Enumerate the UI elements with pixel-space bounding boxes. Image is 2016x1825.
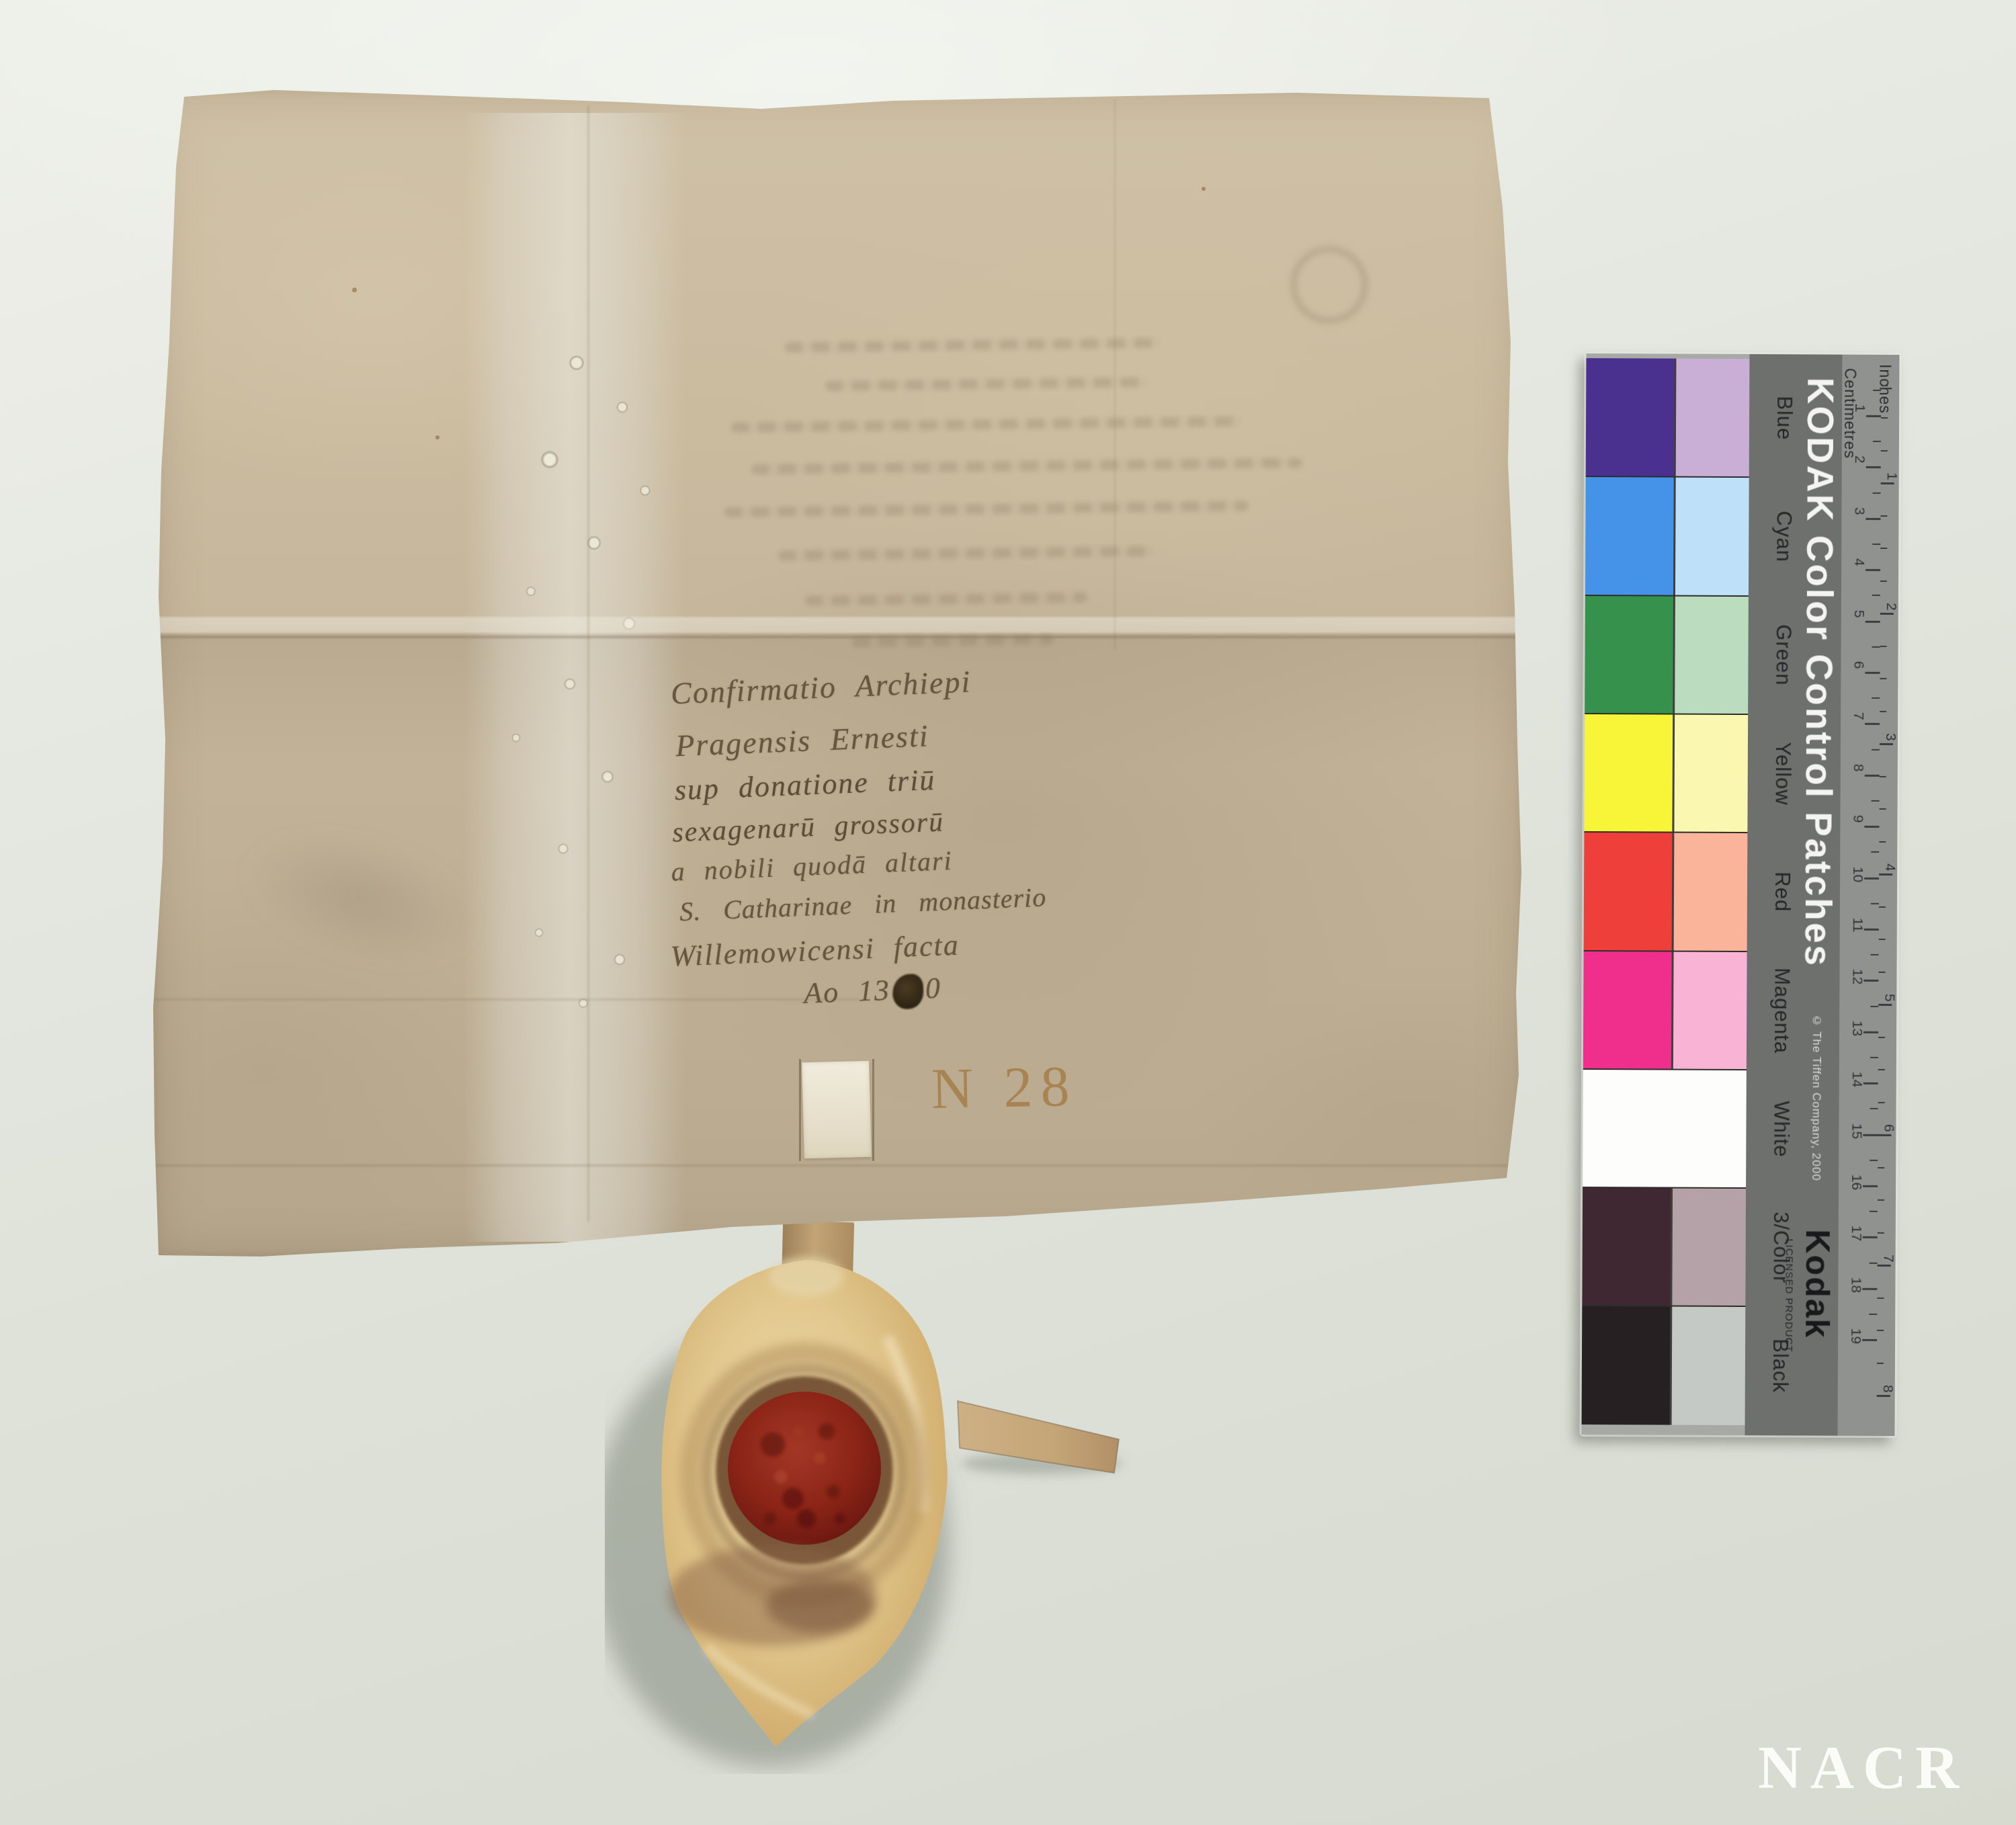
inch-quartertick xyxy=(1880,515,1887,516)
cm-halftick xyxy=(1870,1211,1878,1212)
patch-row-white xyxy=(1583,1069,1747,1188)
cm-number-16: 16 xyxy=(1848,1175,1864,1190)
inch-tick-2 xyxy=(1880,613,1894,615)
cm-halftick xyxy=(1872,749,1880,750)
inch-number-3: 3 xyxy=(1882,733,1898,741)
cm-number-2: 2 xyxy=(1851,456,1867,464)
patch-label-white: White xyxy=(1766,1082,1796,1176)
patch-magenta-tint xyxy=(1673,951,1747,1070)
plica-slit-left xyxy=(799,1059,801,1161)
cm-tick-15 xyxy=(1863,1134,1878,1136)
ghost-line xyxy=(724,501,1249,517)
patch-green-saturated xyxy=(1585,595,1673,714)
inch-quartertick xyxy=(1880,710,1886,712)
kodak-copyright: © The Tiffen Company, 2000 xyxy=(1809,1014,1823,1181)
cm-halftick xyxy=(1873,441,1881,442)
inch-quartertick xyxy=(1878,1232,1884,1233)
kodak-ruler-band: Centimetres Inches 123456789101112131415… xyxy=(1837,355,1899,1436)
inch-quartertick xyxy=(1880,678,1886,679)
kodak-label-band: KODAK Color Control Patches © The Tiffen… xyxy=(1745,354,1842,1436)
patch-row-green xyxy=(1585,595,1749,714)
cm-halftick xyxy=(1871,851,1879,853)
document-number-mark: N 28 xyxy=(931,1052,1078,1122)
kodak-brand: Kodak xyxy=(1798,1229,1837,1339)
cm-tick-17 xyxy=(1863,1236,1878,1238)
inch-quartertick xyxy=(1878,1101,1885,1103)
ghost-line xyxy=(751,458,1302,474)
patch-blue-tint xyxy=(1676,359,1750,478)
patch-label-red: Red xyxy=(1767,845,1798,939)
inch-tick-6 xyxy=(1878,1134,1891,1136)
cm-number-1: 1 xyxy=(1851,405,1867,413)
inch-number-5: 5 xyxy=(1881,994,1897,1002)
inch-number-1: 1 xyxy=(1884,472,1900,480)
inch-quartertick xyxy=(1877,1330,1884,1331)
patch-red-tint xyxy=(1674,833,1748,951)
cm-number-9: 9 xyxy=(1849,815,1865,823)
cm-halftick xyxy=(1872,646,1880,648)
cm-tick-11 xyxy=(1864,929,1879,931)
patch-white xyxy=(1583,1069,1747,1188)
cm-halftick xyxy=(1871,903,1879,904)
inch-quartertick xyxy=(1879,841,1886,842)
cm-halftick xyxy=(1871,954,1879,956)
inch-quartertick xyxy=(1878,1069,1885,1070)
wax-seal xyxy=(605,1230,1142,1774)
inch-quartertick xyxy=(1880,808,1886,810)
inch-number-7: 7 xyxy=(1880,1255,1896,1263)
patch-cyan-tint xyxy=(1675,477,1749,596)
cm-halftick xyxy=(1870,1057,1878,1058)
inch-tick-8 xyxy=(1877,1395,1890,1397)
inch-quartertick xyxy=(1879,906,1886,907)
patch-label-green: Green xyxy=(1768,608,1798,702)
inch-quartertick xyxy=(1880,645,1887,646)
cm-halftick xyxy=(1870,1262,1878,1263)
ghost-ring-mark xyxy=(1290,246,1368,324)
cm-tick-14 xyxy=(1863,1083,1878,1085)
cm-halftick xyxy=(1872,800,1880,802)
ghost-line xyxy=(785,338,1161,353)
inch-tick-3 xyxy=(1880,743,1893,745)
parchment-charter-verso: Confirmatio Archiepi Pragensis Ernesti s… xyxy=(153,86,1524,1259)
patch-label-cyan: Cyan xyxy=(1769,490,1799,584)
cm-tick-19 xyxy=(1862,1339,1877,1341)
patch-label-black: Black xyxy=(1765,1319,1796,1413)
cm-halftick xyxy=(1872,697,1880,699)
cm-number-4: 4 xyxy=(1851,558,1867,566)
plica-fold-line xyxy=(153,1164,1524,1166)
ghost-line xyxy=(825,377,1148,391)
cm-tick-9 xyxy=(1864,826,1879,828)
inch-quartertick xyxy=(1880,548,1887,549)
inch-quartertick xyxy=(1878,1166,1884,1168)
cm-tick-16 xyxy=(1863,1185,1878,1187)
cm-number-17: 17 xyxy=(1848,1226,1864,1241)
cm-number-3: 3 xyxy=(1851,507,1867,515)
ghost-line xyxy=(778,546,1154,561)
bleedthrough-text-ghost xyxy=(704,335,1336,657)
cm-number-13: 13 xyxy=(1849,1021,1865,1036)
patch-row-blue xyxy=(1586,358,1750,477)
cm-number-11: 11 xyxy=(1849,918,1865,933)
archive-watermark: NACR xyxy=(1758,1734,1968,1803)
patch-black-tint xyxy=(1672,1306,1746,1425)
patch-yellow-saturated xyxy=(1584,714,1673,833)
patch-black-saturated xyxy=(1582,1306,1671,1425)
inch-number-6: 6 xyxy=(1880,1124,1896,1132)
cm-halftick xyxy=(1869,1314,1877,1315)
patch-blue-saturated xyxy=(1586,358,1675,477)
ghost-line xyxy=(731,416,1242,432)
cm-halftick xyxy=(1870,1160,1878,1161)
ink-speck xyxy=(352,288,357,292)
inch-quartertick xyxy=(1877,1362,1884,1363)
centimetres-label: Centimetres xyxy=(1841,368,1859,459)
note-line-7: Willemowicensi facta xyxy=(670,928,960,974)
cm-tick-10 xyxy=(1864,877,1879,879)
cm-number-15: 15 xyxy=(1848,1123,1864,1138)
fold-crease-vertical-left xyxy=(587,106,589,1222)
patch-label-magenta: Magenta xyxy=(1767,964,1797,1058)
patch-green-tint xyxy=(1675,595,1749,714)
cm-tick-18 xyxy=(1862,1288,1877,1290)
archival-note: Confirmatio Archiepi Pragensis Ernesti s… xyxy=(670,655,1195,1052)
note-line-4: sexagenarū grossorū xyxy=(672,806,946,849)
inch-quartertick xyxy=(1880,580,1887,581)
ghost-line xyxy=(805,592,1087,605)
ink-speck xyxy=(435,435,439,439)
patch-row-magenta xyxy=(1583,950,1747,1069)
inch-tick-5 xyxy=(1878,1004,1892,1006)
cm-number-14: 14 xyxy=(1849,1072,1865,1087)
kodak-color-control-strip: KODAK Color Control Patches © The Tiffen… xyxy=(1581,353,1899,1436)
note-line-6: S. Catharinae in monasterio xyxy=(679,881,1047,927)
inch-quartertick xyxy=(1878,1036,1885,1037)
inch-tick-4 xyxy=(1879,874,1892,876)
inch-quartertick xyxy=(1879,939,1886,940)
cm-number-8: 8 xyxy=(1850,764,1866,772)
cm-tick-5 xyxy=(1865,620,1880,622)
wax-damage-blotch xyxy=(766,1579,874,1633)
cm-tick-8 xyxy=(1865,775,1880,777)
inch-quartertick xyxy=(1881,384,1888,386)
archival-photo-stage: Confirmatio Archiepi Pragensis Ernesti s… xyxy=(0,0,2016,1825)
inch-quartertick xyxy=(1881,417,1888,419)
note-line-2: Pragensis Ernesti xyxy=(675,718,929,763)
patch-label-yellow: Yellow xyxy=(1767,726,1798,820)
plica-slit-right xyxy=(872,1059,874,1161)
cm-number-10: 10 xyxy=(1849,866,1865,882)
patch-magenta-saturated xyxy=(1583,950,1672,1069)
cm-number-5: 5 xyxy=(1851,609,1867,618)
cm-halftick xyxy=(1872,544,1880,545)
inch-number-4: 4 xyxy=(1882,863,1898,872)
cm-tick-3 xyxy=(1865,518,1880,520)
patch-row-red xyxy=(1584,832,1748,951)
kodak-patch-area xyxy=(1581,353,1749,1435)
patch-row-3-color xyxy=(1582,1187,1746,1306)
inch-quartertick xyxy=(1881,450,1888,451)
inch-quartertick xyxy=(1878,1199,1884,1201)
cm-tick-12 xyxy=(1863,980,1878,982)
patch-row-black xyxy=(1582,1306,1746,1425)
patch-row-cyan xyxy=(1585,476,1749,595)
inch-tick-1 xyxy=(1881,482,1894,484)
kodak-title: KODAK Color Control Patches xyxy=(1797,377,1843,968)
cm-number-18: 18 xyxy=(1847,1277,1863,1292)
inch-quartertick xyxy=(1878,971,1885,972)
cm-halftick xyxy=(1873,492,1881,493)
wax-collar xyxy=(769,1257,844,1297)
inch-quartertick xyxy=(1877,1297,1884,1298)
patch-label-3-color: 3/Color xyxy=(1765,1200,1796,1294)
cm-halftick xyxy=(1870,1005,1878,1007)
seal-tag-through-slit xyxy=(802,1061,872,1159)
ink-speck xyxy=(1202,187,1206,191)
inch-quartertick xyxy=(1880,775,1886,777)
cm-number-7: 7 xyxy=(1850,712,1866,720)
cm-tick-13 xyxy=(1863,1031,1878,1033)
cm-tick-7 xyxy=(1865,723,1880,725)
note-line-5: a nobili quodā altari xyxy=(671,845,954,888)
cm-tick-1 xyxy=(1866,415,1881,417)
cm-tick-4 xyxy=(1865,569,1880,571)
patch-cyan-saturated xyxy=(1585,476,1674,595)
cm-tick-6 xyxy=(1865,672,1880,674)
cm-halftick xyxy=(1873,390,1881,391)
patch-yellow-tint xyxy=(1674,714,1748,833)
cm-tick-2 xyxy=(1866,466,1881,468)
cm-halftick xyxy=(1872,595,1880,596)
inch-tick-7 xyxy=(1878,1265,1891,1267)
patch-row-yellow xyxy=(1584,714,1748,833)
inch-number-2: 2 xyxy=(1883,603,1899,611)
inch-number-8: 8 xyxy=(1880,1385,1896,1393)
cm-number-19: 19 xyxy=(1847,1328,1863,1344)
ghost-line xyxy=(852,634,1054,647)
cm-number-12: 12 xyxy=(1849,969,1865,984)
patch-red-saturated xyxy=(1584,832,1673,951)
note-line-3: sup donatione triū xyxy=(674,763,936,808)
note-line-1: Confirmatio Archiepi xyxy=(670,664,972,712)
patch-label-blue: Blue xyxy=(1769,371,1800,465)
patch-3/color-tint xyxy=(1672,1188,1746,1307)
cm-halftick xyxy=(1870,1108,1878,1109)
patch-3/color-saturated xyxy=(1582,1187,1671,1306)
cm-number-6: 6 xyxy=(1850,661,1866,669)
